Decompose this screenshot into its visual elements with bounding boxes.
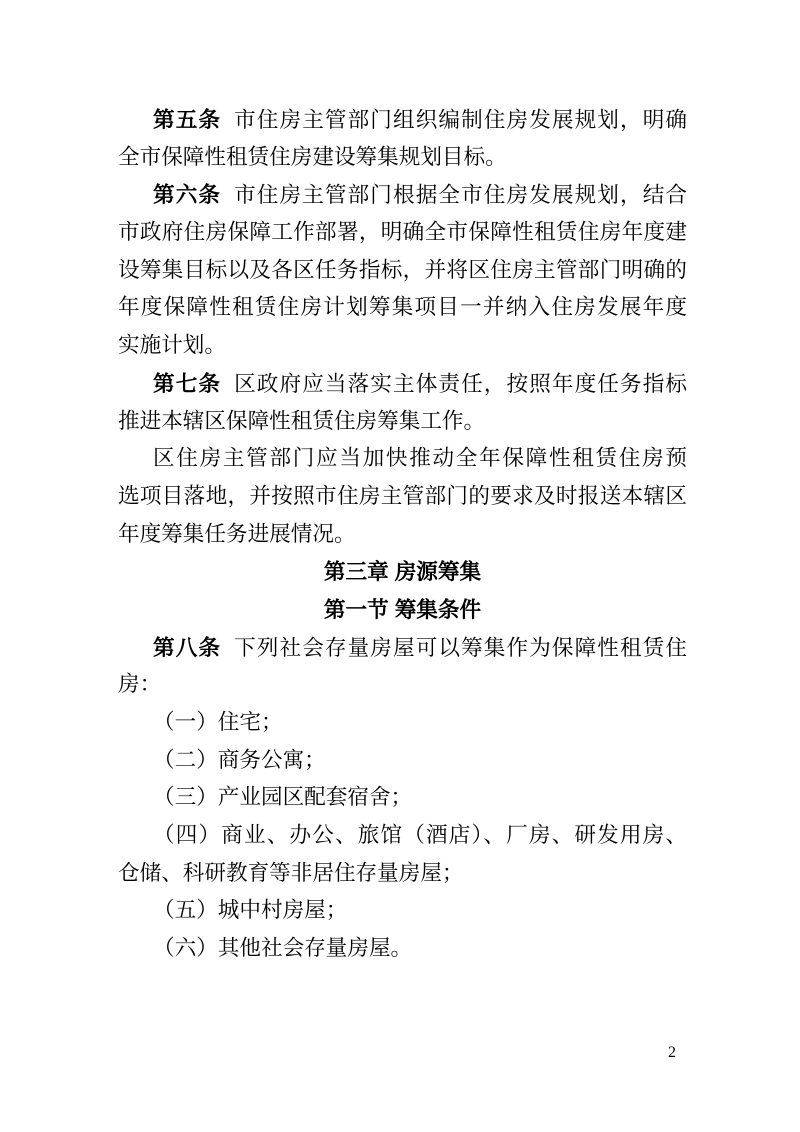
article-number: 第五条 <box>153 107 221 132</box>
text-line: 第六条市住房主管部门根据全市住房发展规划，结合 <box>118 176 687 214</box>
line-text: 推进本辖区保障性租赁住房筹集工作。 <box>118 409 485 433</box>
text-line: （二）商务公寓； <box>118 742 687 780</box>
section-heading: 第一节 筹集条件 <box>118 591 687 629</box>
text-line: （五）城中村房屋； <box>118 892 687 930</box>
text-line: （一）住宅； <box>118 704 687 742</box>
text-line: 市政府住房保障工作部署，明确全市保障性租赁住房年度建 <box>118 214 687 252</box>
text-line: （六）其他社会存量房屋。 <box>118 930 687 968</box>
text-line: 第五条市住房主管部门组织编制住房发展规划，明确 <box>118 101 687 139</box>
line-text: 市住房主管部门根据全市住房发展规划，结合 <box>234 183 687 207</box>
text-line: （四）商业、办公、旅馆（酒店）、厂房、研发用房、 <box>118 817 687 855</box>
text-line: 仓储、科研教育等非居住存量房屋； <box>118 855 687 893</box>
line-text: （一）住宅； <box>153 710 283 734</box>
line-text: （五）城中村房屋； <box>153 898 347 922</box>
line-text: 下列社会存量房屋可以筹集作为保障性租赁住 <box>234 636 687 660</box>
line-text: 年度筹集任务进展情况。 <box>118 522 356 546</box>
text-line: 年度筹集任务进展情况。 <box>118 516 687 554</box>
document-body: 第五条市住房主管部门组织编制住房发展规划，明确全市保障性租赁住房建设筹集规划目标… <box>118 101 687 968</box>
line-text: 全市保障性租赁住房建设筹集规划目标。 <box>118 145 507 169</box>
page-number: 2 <box>668 1044 676 1062</box>
text-line: 第八条下列社会存量房屋可以筹集作为保障性租赁住 <box>118 629 687 667</box>
line-text: 区住房主管部门应当加快推动全年保障性租赁住房预 <box>153 446 687 470</box>
line-text: 仓储、科研教育等非居住存量房屋； <box>118 861 464 885</box>
text-line: 房： <box>118 666 687 704</box>
text-line: 第七条区政府应当落实主体责任，按照年度任务指标 <box>118 365 687 403</box>
line-text: 选项目落地，并按照市住房主管部门的要求及时报送本辖区 <box>118 484 687 508</box>
line-text: 区政府应当落实主体责任，按照年度任务指标 <box>234 372 687 396</box>
line-text: （六）其他社会存量房屋。 <box>153 936 412 960</box>
line-text: （二）商务公寓； <box>153 748 326 772</box>
text-line: 区住房主管部门应当加快推动全年保障性租赁住房预 <box>118 440 687 478</box>
text-line: 实施计划。 <box>118 327 687 365</box>
line-text: 第一节 筹集条件 <box>324 597 481 622</box>
text-line: 选项目落地，并按照市住房主管部门的要求及时报送本辖区 <box>118 478 687 516</box>
text-line: （三）产业园区配套宿舍； <box>118 779 687 817</box>
line-text: 第三章 房源筹集 <box>324 559 481 584</box>
chapter-heading: 第三章 房源筹集 <box>118 553 687 591</box>
text-line: 全市保障性租赁住房建设筹集规划目标。 <box>118 139 687 177</box>
line-text: 房： <box>118 672 161 696</box>
line-text: （四）商业、办公、旅馆（酒店）、厂房、研发用房、 <box>153 823 687 847</box>
text-line: 年度保障性租赁住房计划筹集项目一并纳入住房发展年度 <box>118 289 687 327</box>
text-line: 设筹集目标以及各区任务指标，并将区住房主管部门明确的 <box>118 252 687 290</box>
line-text: 设筹集目标以及各区任务指标，并将区住房主管部门明确的 <box>118 258 687 282</box>
line-text: （三）产业园区配套宿舍； <box>153 785 412 809</box>
line-text: 市政府住房保障工作部署，明确全市保障性租赁住房年度建 <box>118 220 687 244</box>
line-text: 市住房主管部门组织编制住房发展规划，明确 <box>234 108 687 132</box>
article-number: 第八条 <box>153 635 221 660</box>
text-line: 推进本辖区保障性租赁住房筹集工作。 <box>118 403 687 441</box>
document-page: 第五条市住房主管部门组织编制住房发展规划，明确全市保障性租赁住房建设筹集规划目标… <box>0 0 800 1132</box>
article-number: 第六条 <box>153 182 221 207</box>
article-number: 第七条 <box>153 371 221 396</box>
line-text: 实施计划。 <box>118 333 226 357</box>
line-text: 年度保障性租赁住房计划筹集项目一并纳入住房发展年度 <box>118 295 687 319</box>
